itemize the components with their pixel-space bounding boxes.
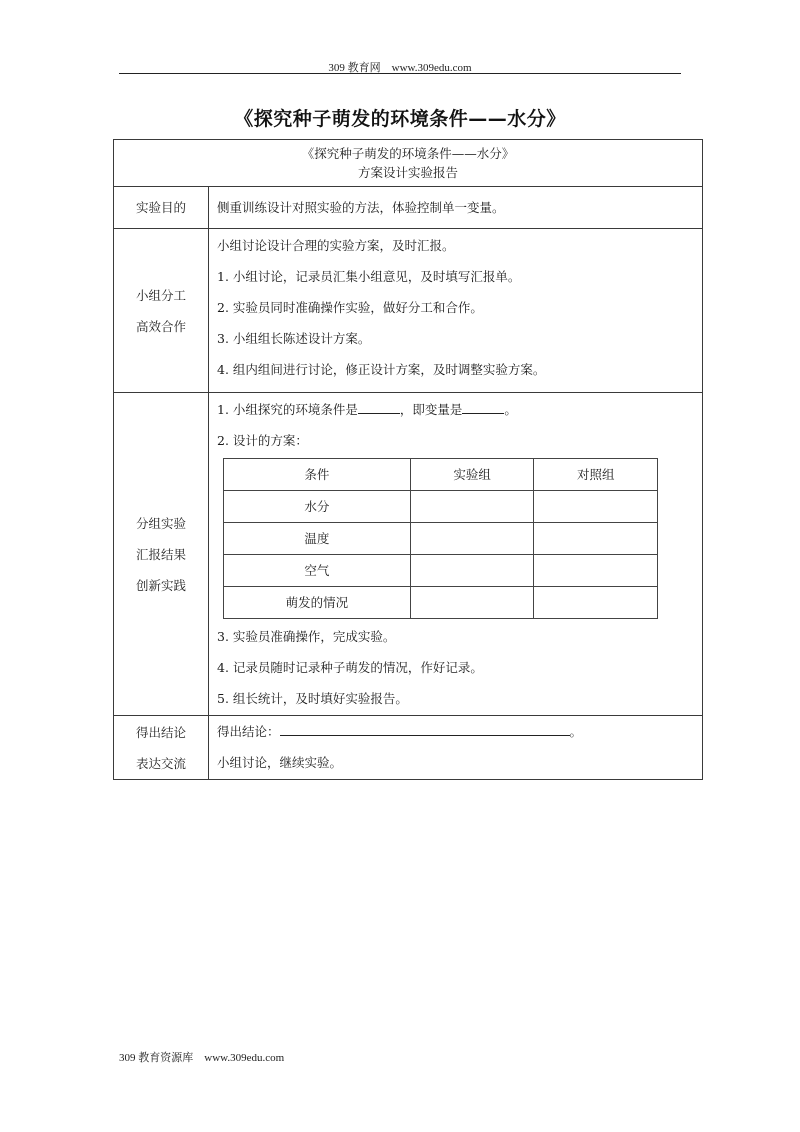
list-item: 5. 组长统计，及时填好实验报告。 xyxy=(209,683,702,714)
table-row-group-work: 小组分工 高效合作 小组讨论设计合理的实验方案，及时汇报。 1. 小组讨论，记录… xyxy=(114,229,703,393)
condition-cell: 萌发的情况 xyxy=(224,587,411,619)
footer-site-name: 309 教育资源库 xyxy=(119,1052,193,1064)
row-content: 侧重训练设计对照实验的方法，体验控制单一变量。 xyxy=(209,187,703,229)
row-content: 小组讨论设计合理的实验方案，及时汇报。 1. 小组讨论，记录员汇集小组意见，及时… xyxy=(209,229,703,393)
experimental-cell[interactable] xyxy=(410,555,534,587)
table-row: 萌发的情况 xyxy=(224,587,658,619)
list-item: 小组讨论设计合理的实验方案，及时汇报。 xyxy=(209,230,702,261)
experimental-cell[interactable] xyxy=(410,587,534,619)
column-header: 对照组 xyxy=(534,459,658,491)
table-row: 空气 xyxy=(224,555,658,587)
row-label: 分组实验 汇报结果 创新实践 xyxy=(114,393,209,716)
list-item: 1. 小组讨论，记录员汇集小组意见，及时填写汇报单。 xyxy=(209,261,702,292)
table-row-experiment: 分组实验 汇报结果 创新实践 1. 小组探究的环境条件是，即变量是。 2. 设计… xyxy=(114,393,703,716)
control-cell[interactable] xyxy=(534,523,658,555)
table-row-aim: 实验目的 侧重训练设计对照实验的方法，体验控制单一变量。 xyxy=(114,187,703,229)
aim-text: 侧重训练设计对照实验的方法，体验控制单一变量。 xyxy=(209,192,702,223)
list-item: 3. 小组组长陈述设计方案。 xyxy=(209,323,702,354)
experimental-cell[interactable] xyxy=(410,491,534,523)
fill-in-line: 1. 小组探究的环境条件是，即变量是。 xyxy=(209,394,702,425)
report-header-cell: 《探究种子萌发的环境条件——水分》 方案设计实验报告 xyxy=(114,140,703,187)
conclusion-line: 得出结论：。 xyxy=(209,716,702,747)
header-divider xyxy=(119,73,681,74)
report-header-subtitle: 方案设计实验报告 xyxy=(114,163,702,182)
report-table: 《探究种子萌发的环境条件——水分》 方案设计实验报告 实验目的 侧重训练设计对照… xyxy=(113,139,703,780)
row-label: 实验目的 xyxy=(114,187,209,229)
conclusion-blank[interactable] xyxy=(280,722,570,736)
condition-cell: 水分 xyxy=(224,491,411,523)
list-item: 2. 实验员同时准确操作实验，做好分工和合作。 xyxy=(209,292,702,323)
control-cell[interactable] xyxy=(534,587,658,619)
row-content: 1. 小组探究的环境条件是，即变量是。 2. 设计的方案： 条件 实验组 对照组… xyxy=(209,393,703,716)
report-header-title: 《探究种子萌发的环境条件——水分》 xyxy=(114,144,702,163)
design-table: 条件 实验组 对照组 水分 温度 空气 xyxy=(223,458,658,619)
row-label: 小组分工 高效合作 xyxy=(114,229,209,393)
table-row: 温度 xyxy=(224,523,658,555)
condition-cell: 温度 xyxy=(224,523,411,555)
variable-blank[interactable] xyxy=(462,400,504,414)
row-label: 得出结论 表达交流 xyxy=(114,716,209,780)
column-header: 实验组 xyxy=(410,459,534,491)
table-row-conclusion: 得出结论 表达交流 得出结论：。 小组讨论，继续实验。 xyxy=(114,716,703,780)
control-cell[interactable] xyxy=(534,555,658,587)
document-title: 《探究种子萌发的环境条件——水分》 xyxy=(0,104,800,131)
control-cell[interactable] xyxy=(534,491,658,523)
list-item: 小组讨论，继续实验。 xyxy=(209,747,702,778)
list-item: 4. 记录员随时记录种子萌发的情况，作好记录。 xyxy=(209,652,702,683)
row-content: 得出结论：。 小组讨论，继续实验。 xyxy=(209,716,703,780)
column-header: 条件 xyxy=(224,459,411,491)
condition-cell: 空气 xyxy=(224,555,411,587)
condition-blank[interactable] xyxy=(358,400,400,414)
design-table-header: 条件 实验组 对照组 xyxy=(224,459,658,491)
footer-site-url: www.309edu.com xyxy=(204,1052,284,1064)
list-item: 3. 实验员准确操作，完成实验。 xyxy=(209,621,702,652)
design-label: 2. 设计的方案： xyxy=(209,425,702,456)
table-row: 水分 xyxy=(224,491,658,523)
report-header-row: 《探究种子萌发的环境条件——水分》 方案设计实验报告 xyxy=(114,140,703,187)
page-footer: 309 教育资源库 www.309edu.com xyxy=(119,1049,284,1065)
list-item: 4. 组内组间进行讨论，修正设计方案，及时调整实验方案。 xyxy=(209,354,702,385)
experimental-cell[interactable] xyxy=(410,523,534,555)
